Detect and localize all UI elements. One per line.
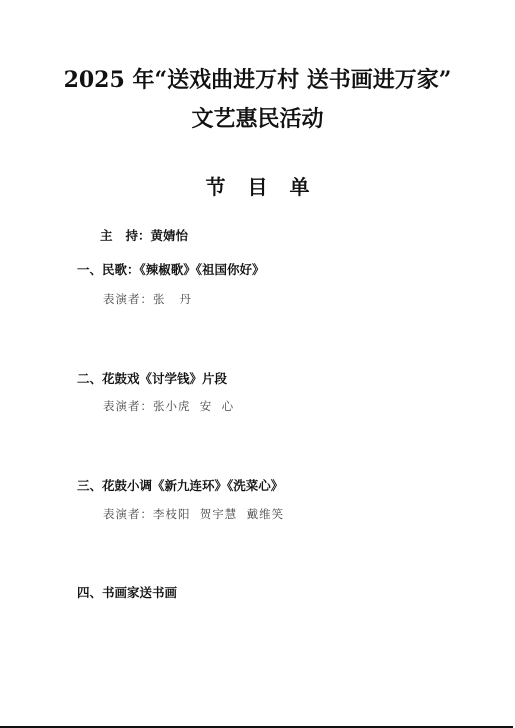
program-item-title: 一、民歌：《辣椒歌》《祖国你好》 — [77, 262, 265, 278]
document-page: 2025 年“送戏曲进万村 送书画进万家” 文艺惠民活动 节目单 主 持：黄婧怡… — [0, 0, 515, 728]
document-title-line-2: 文艺惠民活动 — [0, 106, 515, 132]
program-item-performers: 表演者：张小虎 安 心 — [103, 399, 234, 414]
program-item-performers: 表演者：李枝阳 贺宇慧 戴维笑 — [103, 507, 284, 522]
program-heading: 节目单 — [0, 175, 515, 199]
program-item-title: 三、花鼓小调《新九连环》《洗菜心》 — [77, 478, 283, 494]
program-item-title: 二、花鼓戏《讨学钱》片段 — [77, 371, 227, 387]
program-item-title: 四、书画家送书画 — [77, 585, 177, 601]
host-line: 主 持：黄婧怡 — [100, 228, 188, 244]
program-item-performers: 表演者：张 丹 — [103, 292, 192, 307]
document-title-line-1: 2025 年“送戏曲进万村 送书画进万家” — [0, 67, 515, 93]
